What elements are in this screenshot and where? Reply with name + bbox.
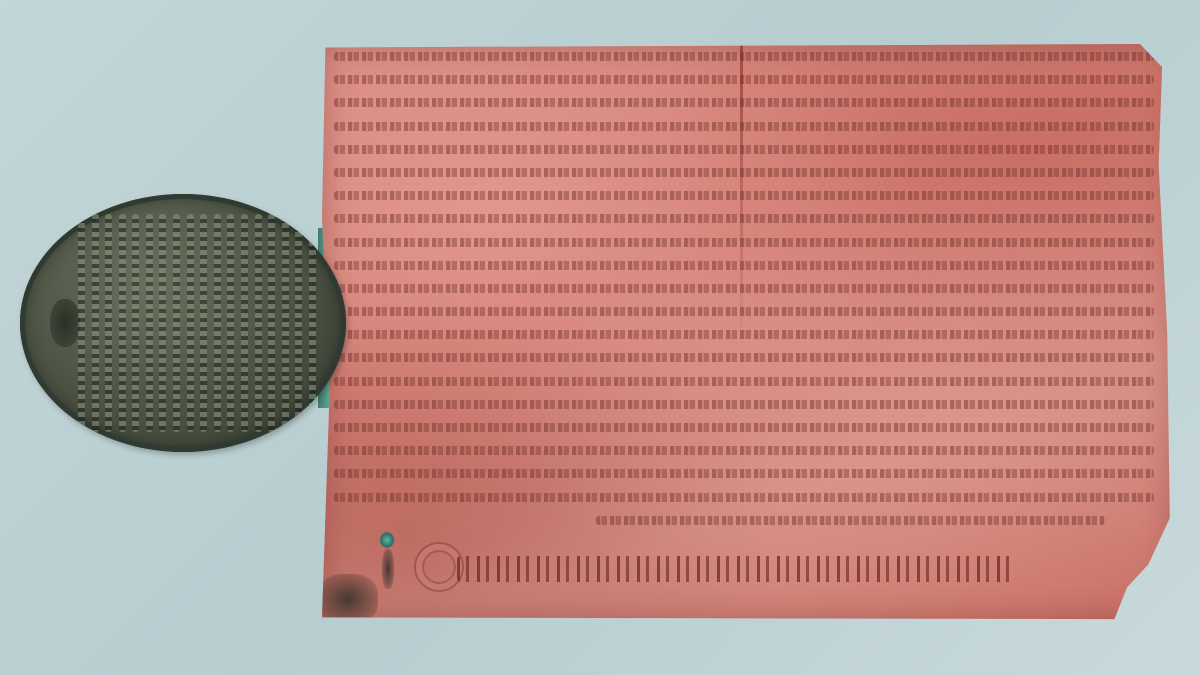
- seal-inscription: [78, 214, 316, 432]
- seal-inscription-column: [241, 214, 248, 432]
- patina-spot: [380, 532, 394, 548]
- inscription-line: [334, 238, 1154, 247]
- seal-emblem-icon: [50, 299, 80, 347]
- seal-inscription-column: [255, 214, 262, 432]
- inscription-line: [334, 52, 1154, 61]
- inscription-line: [334, 377, 1154, 386]
- seal-inscription-column: [78, 214, 85, 432]
- inscription-line: [334, 261, 1154, 270]
- inscription-line: [334, 75, 1154, 84]
- seal-inscription-column: [92, 214, 99, 432]
- seal-inscription-column: [268, 214, 275, 432]
- inscription-line: [334, 98, 1154, 107]
- copper-plate: [322, 44, 1174, 622]
- inscription-final-line: [457, 556, 1017, 582]
- seal-inscription-column: [200, 214, 207, 432]
- artifact-photo: [0, 0, 1200, 675]
- seal-inscription-column: [309, 214, 316, 432]
- corrosion-patch: [318, 574, 378, 624]
- inscription-line: [334, 493, 1154, 502]
- seal-inscription-column: [119, 214, 126, 432]
- seal-inscription-column: [295, 214, 302, 432]
- inscription-line: [334, 469, 1154, 478]
- seal-inscription-column: [214, 214, 221, 432]
- seal-inscription-column: [187, 214, 194, 432]
- inscription-line: [334, 214, 1154, 223]
- inscription-line: [334, 191, 1154, 200]
- circular-seal: [20, 194, 346, 452]
- corrosion-patch: [382, 549, 394, 589]
- inscription-line: [334, 284, 1154, 293]
- seal-inscription-column: [282, 214, 289, 432]
- seal-inscription-column: [227, 214, 234, 432]
- inscription-line: [334, 145, 1154, 154]
- seal-inscription-column: [105, 214, 112, 432]
- inscription-line: [334, 168, 1154, 177]
- inscription-line: [334, 400, 1154, 409]
- inscription-line: [596, 516, 1104, 525]
- inscription-line: [334, 353, 1154, 362]
- inscription-text-block: [334, 52, 1154, 539]
- inscription-line: [334, 307, 1154, 316]
- seal-inscription-column: [146, 214, 153, 432]
- inscription-line: [334, 330, 1154, 339]
- seal-inscription-column: [159, 214, 166, 432]
- seal-inscription-column: [173, 214, 180, 432]
- seal-inscription-column: [132, 214, 139, 432]
- inscription-line: [334, 423, 1154, 432]
- inscription-line: [334, 122, 1154, 131]
- inscription-line: [334, 446, 1154, 455]
